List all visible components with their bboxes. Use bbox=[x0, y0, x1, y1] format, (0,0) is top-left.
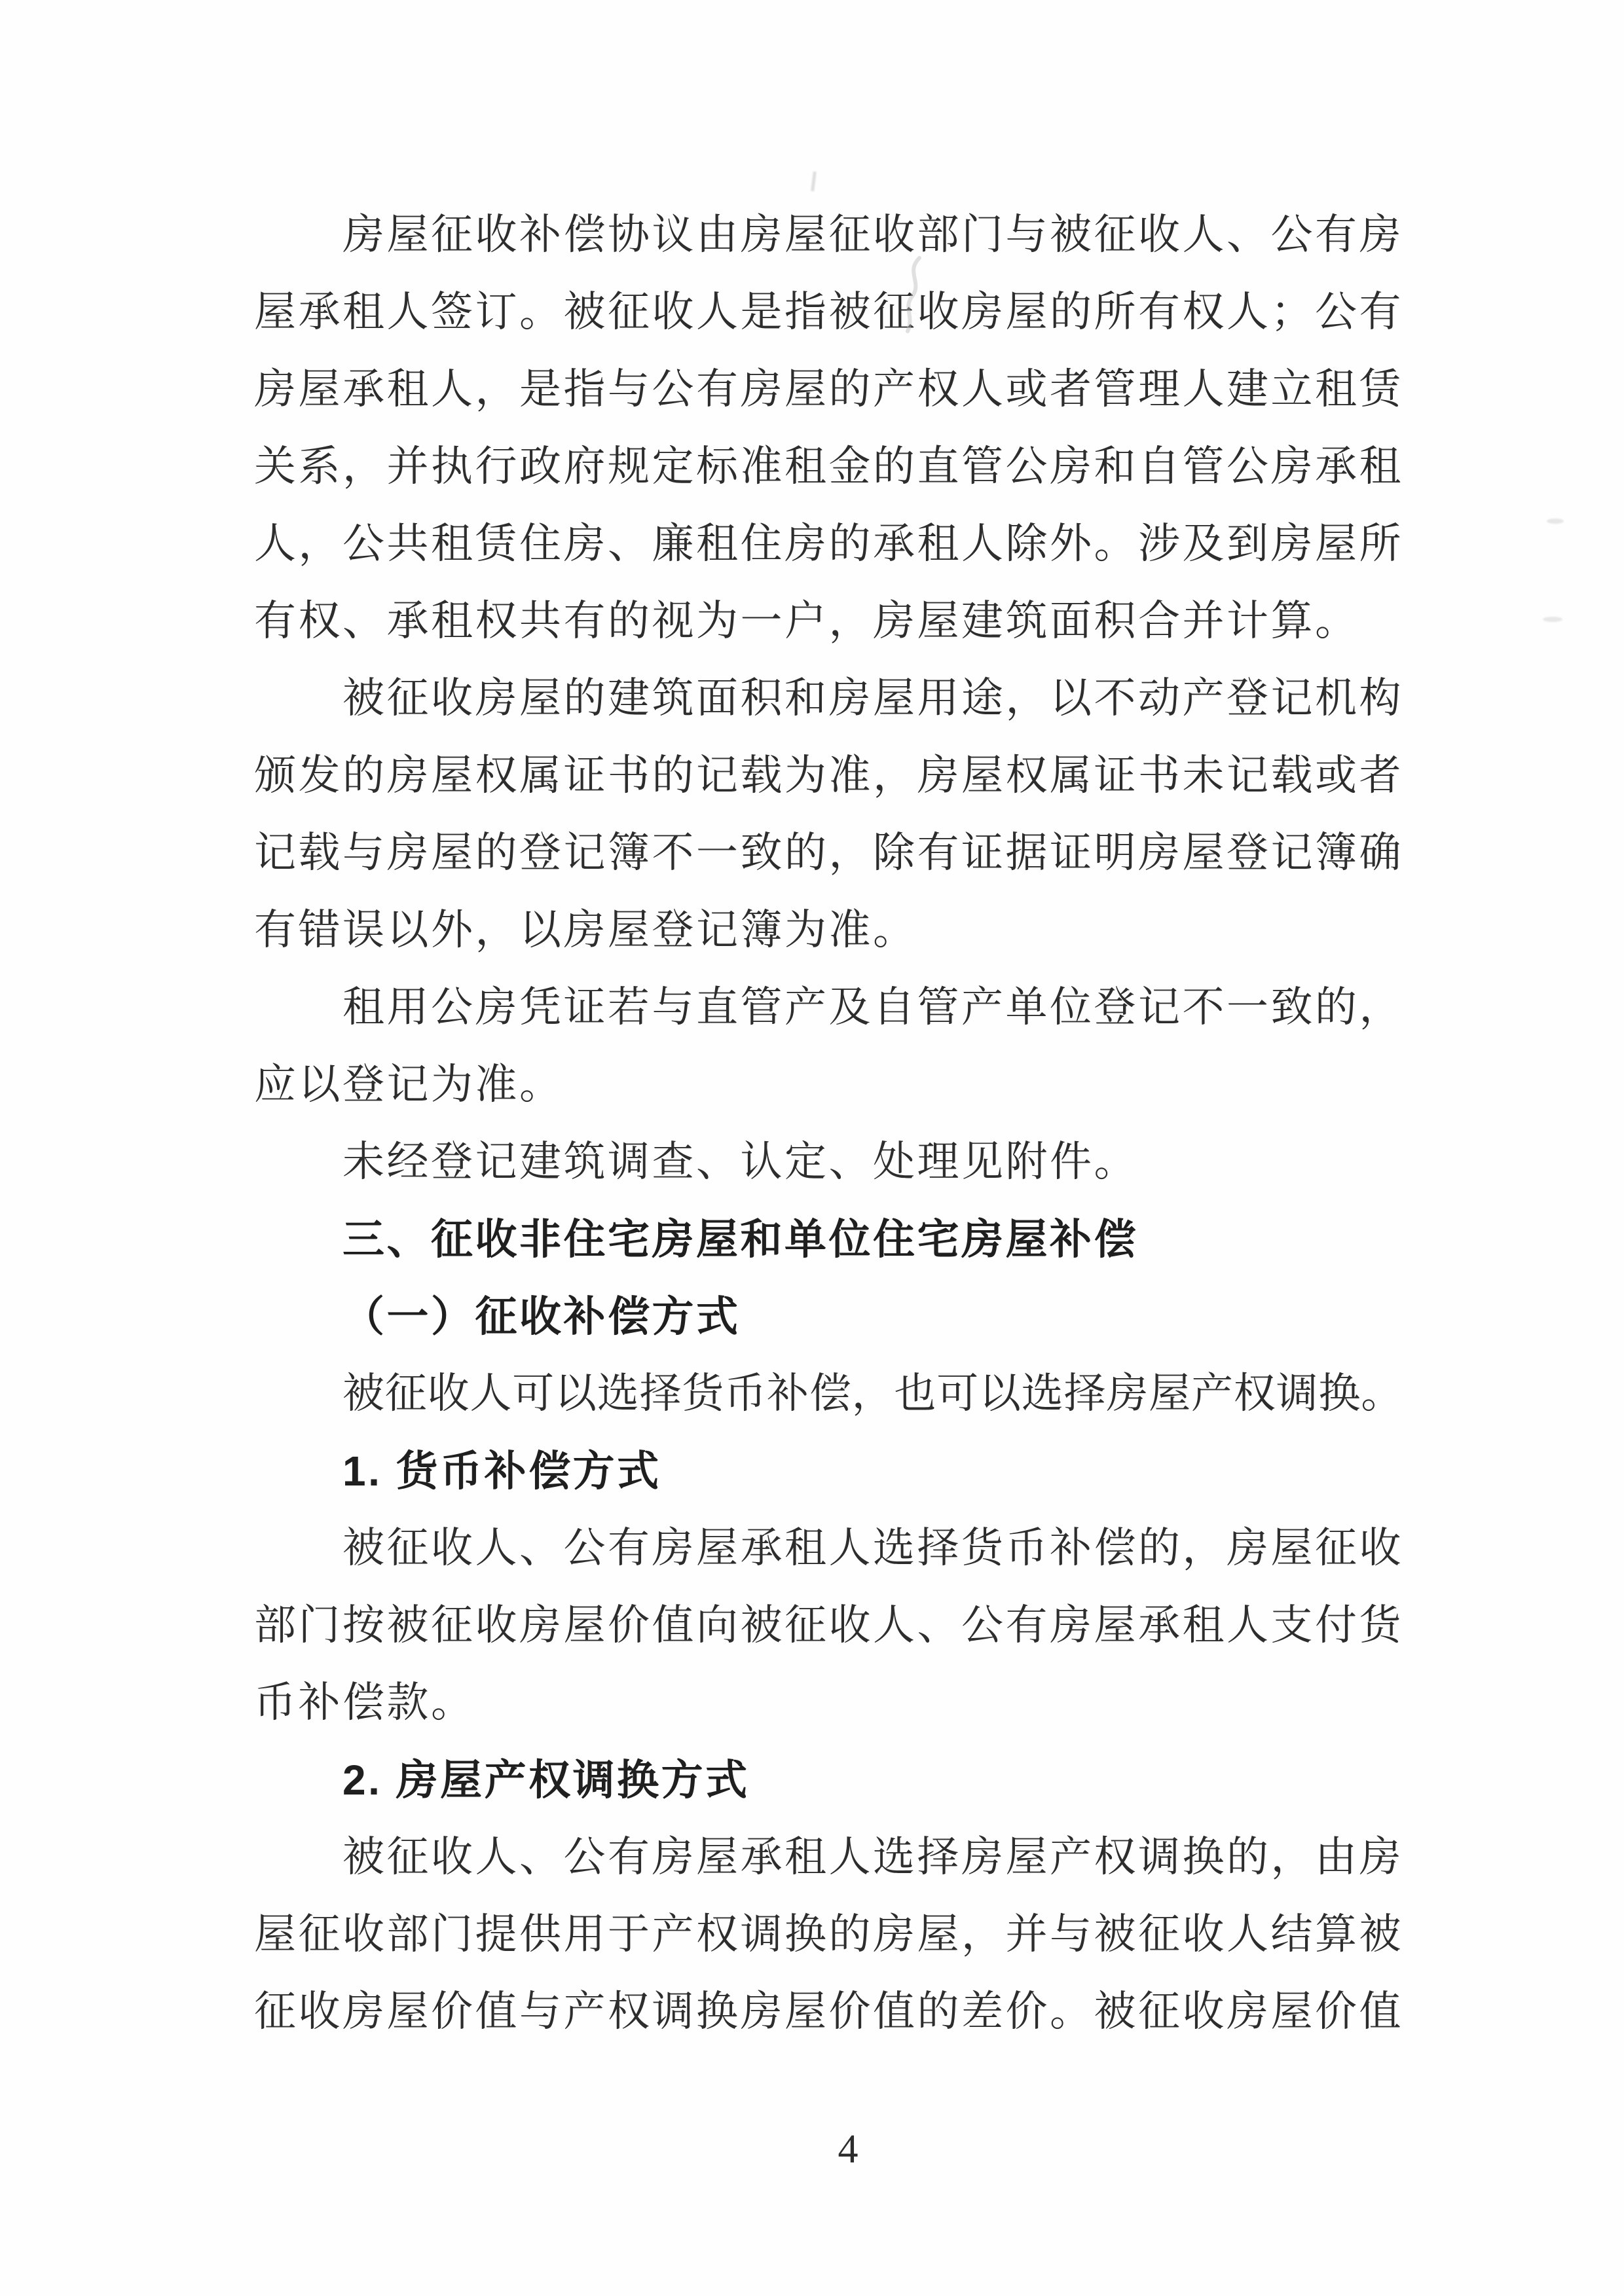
heading-item-1-monetary-compensation: 1. 货币补偿方式 bbox=[254, 1432, 1408, 1510]
paragraph-monetary-compensation-detail: 被征收人、公有房屋承租人选择货币补偿的，房屋征收 部门按被征收房屋价值向被征收人… bbox=[254, 1510, 1408, 1741]
scan-scratch-mark bbox=[811, 172, 817, 191]
heading-section-3-non-residential-compensation: 三、征收非住宅房屋和单位住宅房屋补偿 bbox=[254, 1201, 1408, 1278]
paragraph-compensation-choice: 被征收人可以选择货币补偿，也可以选择房屋产权调换。 bbox=[254, 1355, 1408, 1432]
paragraph-public-housing-certificate: 租用公房凭证若与直管产及自管产单位登记不一致的， 应以登记为准。 bbox=[254, 969, 1408, 1123]
heading-subsection-1-compensation-methods: （一）征收补偿方式 bbox=[254, 1278, 1408, 1355]
scanned-document-page: 房屋征收补偿协议由房屋征收部门与被征收人、公有房 屋承租人签订。被征收人是指被征… bbox=[0, 0, 1624, 2296]
paragraph-unregistered-buildings: 未经登记建筑调查、认定、处理见附件。 bbox=[254, 1123, 1408, 1201]
page-number: 4 bbox=[36, 2126, 1624, 2172]
scan-speck bbox=[1543, 617, 1562, 622]
paragraph-building-area-registration: 被征收房屋的建筑面积和房屋用途，以不动产登记机构 颁发的房屋权属证书的记载为准，… bbox=[254, 660, 1408, 969]
heading-item-2-property-exchange: 2. 房屋产权调换方式 bbox=[254, 1741, 1408, 1819]
scan-speck bbox=[1547, 519, 1564, 524]
document-body: 房屋征收补偿协议由房屋征收部门与被征收人、公有房 屋承租人签订。被征收人是指被征… bbox=[254, 196, 1408, 2050]
paragraph-compensation-agreement: 房屋征收补偿协议由房屋征收部门与被征收人、公有房 屋承租人签订。被征收人是指被征… bbox=[254, 196, 1408, 660]
paragraph-property-exchange-detail: 被征收人、公有房屋承租人选择房屋产权调换的，由房 屋征收部门提供用于产权调换的房… bbox=[254, 1819, 1408, 2050]
